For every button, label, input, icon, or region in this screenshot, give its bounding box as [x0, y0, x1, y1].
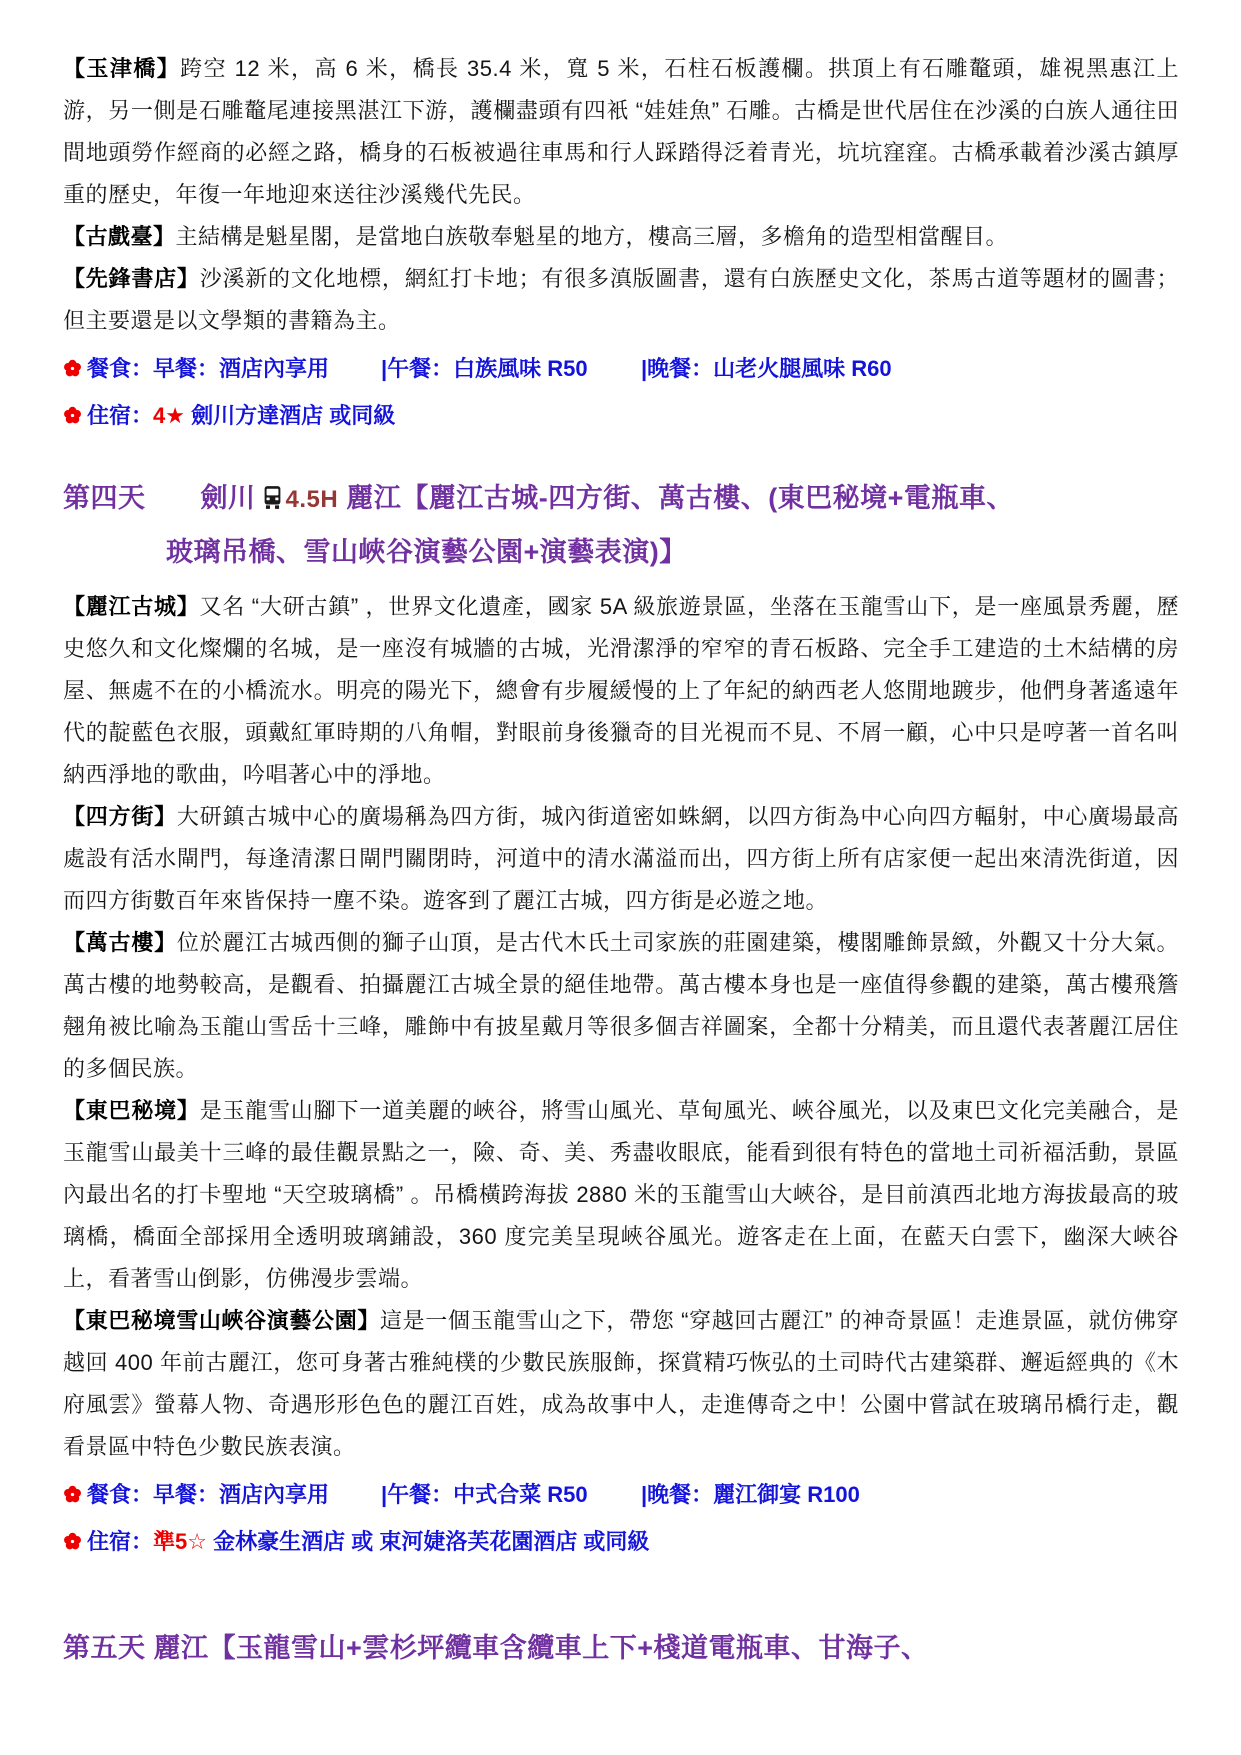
poi-label: 【東巴秘境】	[63, 1098, 200, 1123]
day4-hotel-line: 住宿：準5☆ 金林豪生酒店 或 束河婕洛芙花園酒店 或同級	[63, 1521, 1179, 1562]
paragraph-sifang-street: 【四方街】大研鎮古城中心的廣場稱為四方街，城內街道密如蛛網，以四方街為中心向四方…	[63, 796, 1179, 922]
meals-main-segment: 餐食：早餐：酒店內享用	[63, 1474, 381, 1515]
poi-label: 【東巴秘境雪山峽谷演藝公園】	[63, 1308, 380, 1333]
poi-label: 【玉津橋】	[63, 56, 180, 81]
meals-dinner: |晚餐：山老火腿風味 R60	[641, 356, 892, 381]
hotel-label: 住宿：	[87, 403, 153, 428]
paragraph-ancient-stage: 【古戲臺】主結構是魁星閣，是當地白族敬奉魁星的地方，樓高三層，多檐角的造型相當醒…	[63, 216, 1179, 258]
meals-lunch: |午餐：中式合菜 R50	[381, 1474, 641, 1515]
hotel-grade: 準5☆	[153, 1529, 207, 1554]
poi-text: 是玉龍雪山腳下一道美麗的峽谷，將雪山風光、草甸風光、峽谷風光，以及東巴文化完美融…	[63, 1098, 1179, 1291]
itinerary-page: 【玉津橋】跨空 12 米，高 6 米，橋長 35.4 米，寬 5 米，石柱石板護…	[0, 0, 1241, 1674]
day3-hotel-line: 住宿：4★ 劍川方達酒店 或同級	[63, 395, 1179, 436]
poi-text: 位於麗江古城西側的獅子山頂，是古代木氏土司家族的莊園建築，樓閣雕飾景緻，外觀又十…	[63, 930, 1179, 1081]
poi-label: 【四方街】	[63, 804, 177, 829]
hotel-name: 金林豪生酒店 或 束河婕洛芙花園酒店 或同級	[207, 1529, 649, 1554]
paragraph-yujin-bridge: 【玉津橋】跨空 12 米，高 6 米，橋長 35.4 米，寬 5 米，石柱石板護…	[63, 48, 1179, 216]
paragraph-dongba-performance-park: 【東巴秘境雪山峽谷演藝公園】這是一個玉龍雪山之下，帶您 “穿越回古麗江” 的神奇…	[63, 1300, 1179, 1468]
paragraph-wangu-tower: 【萬古樓】位於麗江古城西側的獅子山頂，是古代木氏土司家族的莊園建築，樓閣雕飾景緻…	[63, 922, 1179, 1090]
flower-icon	[63, 406, 82, 425]
poi-text: 跨空 12 米，高 6 米，橋長 35.4 米，寬 5 米，石柱石板護欄。拱頂上…	[63, 56, 1179, 207]
meals-lunch: |午餐：白族風味 R50	[381, 348, 641, 389]
flower-icon	[63, 1485, 82, 1504]
flower-icon	[63, 1532, 82, 1551]
paragraph-pioneer-bookstore: 【先鋒書店】沙溪新的文化地標，網紅打卡地；有很多滇版圖書，還有白族歷史文化，茶馬…	[63, 258, 1179, 342]
hotel-name: 劍川方達酒店 或同級	[185, 403, 395, 428]
poi-text: 沙溪新的文化地標，網紅打卡地；有很多滇版圖書，還有白族歷史文化，茶馬古道等題材的…	[63, 266, 1179, 333]
flower-icon	[63, 359, 82, 378]
day4-heading-prefix: 第四天 劍川	[63, 483, 256, 513]
hotel-grade: 4★	[153, 403, 185, 428]
bus-icon	[262, 485, 283, 510]
day4-heading-title: 麗江【麗江古城-四方街、萬古樓、(東巴秘境+電瓶車、	[338, 483, 1014, 513]
hotel-label: 住宿：	[87, 1529, 153, 1554]
poi-label: 【萬古樓】	[63, 930, 177, 955]
day4-heading-title-line2: 玻璃吊橋、雪山峽谷演藝公園+演藝表演)】	[63, 537, 687, 567]
paragraph-lijiang-old-town: 【麗江古城】又名 “大研古鎮” ，世界文化遺產，國家 5A 級旅遊景區，坐落在玉…	[63, 586, 1179, 796]
poi-text: 又名 “大研古鎮” ，世界文化遺產，國家 5A 級旅遊景區，坐落在玉龍雪山下，是…	[63, 594, 1179, 787]
poi-text: 大研鎮古城中心的廣場稱為四方街，城內街道密如蛛網，以四方街為中心向四方輻射，中心…	[63, 804, 1179, 913]
day4-meals-line: 餐食：早餐：酒店內享用|午餐：中式合菜 R50|晚餐：麗江御宴 R100	[63, 1474, 1179, 1515]
poi-label: 【先鋒書店】	[63, 266, 200, 291]
day4-heading: 第四天 劍川4.5H 麗江【麗江古城-四方街、萬古樓、(東巴秘境+電瓶車、玻璃吊…	[63, 472, 1179, 578]
poi-label: 【麗江古城】	[63, 594, 199, 619]
day4-bus-duration: 4.5H	[286, 486, 339, 513]
meals-main-segment: 餐食：早餐：酒店內享用	[63, 348, 381, 389]
poi-text: 主結構是魁星閣，是當地白族敬奉魁星的地方，樓高三層，多檐角的造型相當醒目。	[176, 224, 1009, 249]
day5-heading: 第五天 麗江【玉龍雪山+雲杉坪纜車含纜車上下+棧道電瓶車、甘海子、	[63, 1622, 1179, 1674]
meals-breakfast: 餐食：早餐：酒店內享用	[87, 1482, 329, 1507]
paragraph-dongba-secret-land: 【東巴秘境】是玉龍雪山腳下一道美麗的峽谷，將雪山風光、草甸風光、峽谷風光，以及東…	[63, 1090, 1179, 1300]
day3-meals-line: 餐食：早餐：酒店內享用|午餐：白族風味 R50|晚餐：山老火腿風味 R60	[63, 348, 1179, 389]
meals-dinner: |晚餐：麗江御宴 R100	[641, 1482, 860, 1507]
meals-breakfast: 餐食：早餐：酒店內享用	[87, 356, 329, 381]
poi-label: 【古戲臺】	[63, 224, 176, 249]
